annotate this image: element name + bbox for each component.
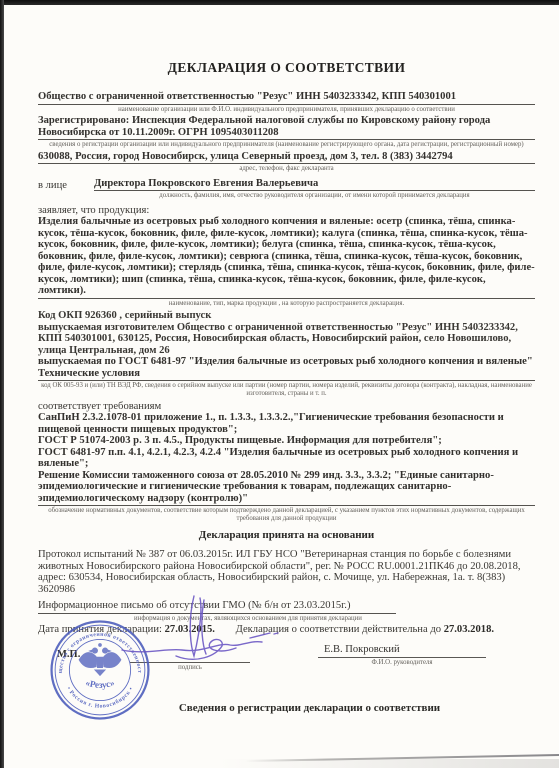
address-section: 630088, Россия, город Новосибирск, улица… <box>38 151 535 173</box>
head-name-field: Е.В. Покровский Ф.И.О. руководителя <box>318 644 486 669</box>
scan-edge-left <box>0 0 4 768</box>
product-caption: наименование, тип, марка продукции , на … <box>38 300 535 308</box>
scan-edge-top <box>0 0 559 5</box>
requirement-item: СанПиН 2.3.2.1078-01 приложение 1., п. 1… <box>38 412 535 435</box>
manufacturer-line: выпускаемая изготовителем Общество с огр… <box>38 322 535 357</box>
standard-line: выпускаемая по ГОСТ 6481-97 "Изделия бал… <box>38 356 535 381</box>
basis-heading: Декларация принята на основании <box>38 529 535 541</box>
svg-text:«Резус»: «Резус» <box>84 677 115 689</box>
head-name-caption: Ф.И.О. руководителя <box>318 659 486 667</box>
registration-section: Зарегистрировано: Инспекция Федеральной … <box>38 115 535 149</box>
requirement-item: Решение Комиссии таможенного союза от 28… <box>38 470 535 505</box>
person-section: в лице Директора Покровского Евгения Вал… <box>38 178 535 200</box>
signature-strokes <box>116 592 292 674</box>
okp-code-line: Код ОКП 926360 , серийный выпуск <box>38 310 535 322</box>
registration-info: Зарегистрировано: Инспекция Федеральной … <box>38 115 535 140</box>
person-prefix: в лице <box>38 180 94 192</box>
protocol-text: Протокол испытаний № 387 от 06.03.2015г.… <box>38 549 535 595</box>
person-caption: должность, фамилия, имя, отчество руково… <box>94 192 535 200</box>
declarant-address: 630088, Россия, город Новосибирск, улица… <box>38 151 535 165</box>
address-caption: адрес, телефон, факс декларанта <box>38 165 535 173</box>
product-description: Изделия балычные из осетровых рыб холодн… <box>38 216 535 299</box>
valid-until-value: 27.03.2018. <box>444 624 494 635</box>
requirement-item: ГОСТ Р 51074-2003 р. 3 п. 4.5., Продукты… <box>38 435 535 447</box>
production-section: Код ОКП 926360 , серийный выпуск выпуска… <box>38 310 535 397</box>
stamp-center-name: «Резус» <box>84 677 115 689</box>
declarant-name: Общество с ограниченной ответственностью… <box>38 91 535 105</box>
product-intro: заявляет, что продукция: <box>38 205 535 217</box>
registration-caption: сведения о регистрации организации или и… <box>38 141 535 149</box>
production-caption: код ОК 005-93 и (или) ТН ВЭД РФ, сведени… <box>38 382 535 397</box>
conformity-caption: обозначение нормативных документов, соот… <box>38 507 535 522</box>
head-name: Е.В. Покровский <box>318 644 486 658</box>
conformity-requirements: СанПиН 2.3.2.1078-01 приложение 1., п. 1… <box>38 412 535 506</box>
conformity-section: соответствует требованиям СанПиН 2.3.2.1… <box>38 401 535 523</box>
person-name: Директора Покровского Евгения Валерьевич… <box>94 178 535 192</box>
conformity-intro: соответствует требованиям <box>38 401 535 413</box>
declarant-section: Общество с ограниченной ответственностью… <box>38 91 535 113</box>
page-title: ДЕКЛАРАЦИЯ О СООТВЕТСТВИИ <box>38 60 535 76</box>
product-section: заявляет, что продукция: Изделия балычны… <box>38 205 535 308</box>
declaration-document: ДЕКЛАРАЦИЯ О СООТВЕТСТВИИ Общество с огр… <box>38 60 535 622</box>
requirement-item: ГОСТ 6481-97 п.п. 4.1, 4.2.1, 4.2.3, 4.2… <box>38 447 535 470</box>
declarant-caption: наименование организации или Ф.И.О. инди… <box>38 106 535 114</box>
double-headed-eagle-icon <box>79 643 122 676</box>
